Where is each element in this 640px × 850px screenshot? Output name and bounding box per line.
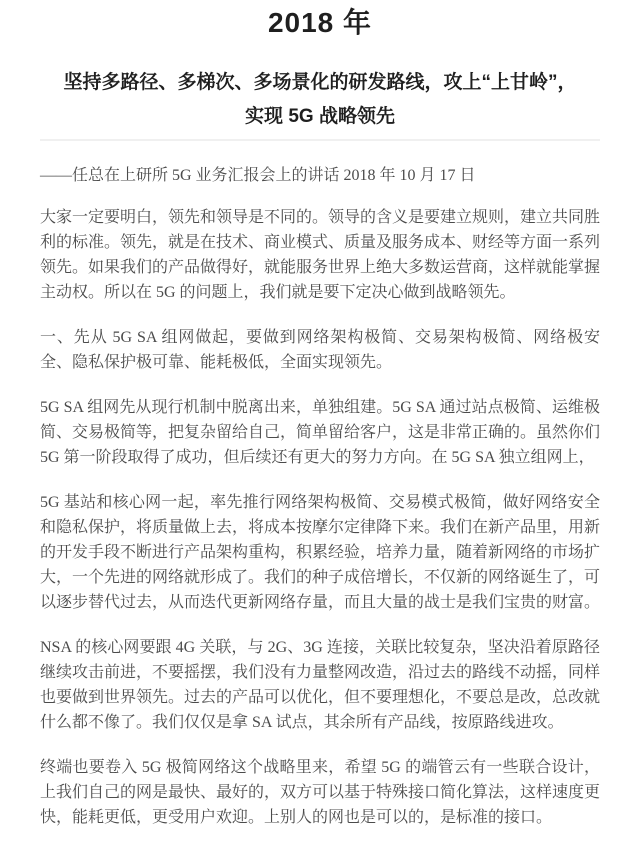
paragraph-terminal: 终端也要卷入 5G 极简网络这个战略里来，希望 5G 的端管云有一些联合设计，上…	[40, 755, 600, 830]
heading-line-2: 实现 5G 战略领先	[40, 100, 600, 134]
heading-line-1: 坚持多路径、多梯次、多场景化的研发路线，攻上“上甘岭”，	[40, 66, 600, 100]
article-heading: 坚持多路径、多梯次、多场景化的研发路线，攻上“上甘岭”， 实现 5G 战略领先	[40, 66, 600, 134]
paragraph-intro: 大家一定要明白，领先和领导是不同的。领导的含义是要建立规则，建立共同胜利的标准。…	[40, 205, 600, 305]
byline: ——任总在上研所 5G 业务汇报会上的讲话 2018 年 10 月 17 日	[40, 164, 600, 187]
paragraph-base-station: 5G 基站和核心网一起，率先推行网络架构极简、交易模式极简，做好网络安全和隐私保…	[40, 490, 600, 615]
divider	[40, 139, 600, 141]
page-title: 2018 年	[40, 6, 600, 40]
paragraph-nsa: NSA 的核心网要跟 4G 关联，与 2G、3G 连接，关联比较复杂，坚决沿着原…	[40, 635, 600, 735]
paragraph-sa-network: 5G SA 组网先从现行机制中脱离出来，单独组建。5G SA 通过站点极简、运维…	[40, 395, 600, 470]
article-page: 2018 年 坚持多路径、多梯次、多场景化的研发路线，攻上“上甘岭”， 实现 5…	[0, 0, 640, 850]
paragraph-section-one: 一、先从 5G SA 组网做起，要做到网络架构极简、交易架构极简、网络极安全、隐…	[40, 325, 600, 375]
